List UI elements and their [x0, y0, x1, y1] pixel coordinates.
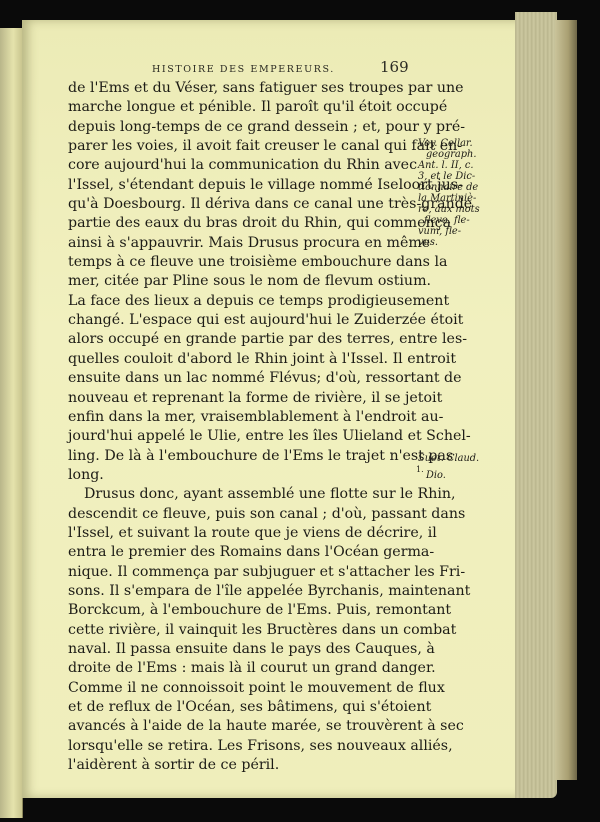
note-line: Ant. l. II, c.	[418, 160, 508, 171]
note-line: 3, et le Dic-	[418, 171, 508, 182]
text-line: cette rivière, il vainquit les Bructères…	[68, 621, 414, 640]
text-line: descendit ce fleuve, puis son canal ; d'…	[68, 505, 414, 524]
note-line: geograph.	[418, 149, 508, 160]
text-line: enfin dans la mer, vraisemblablement à l…	[68, 408, 414, 427]
text-line: long.	[68, 466, 414, 485]
text-line: lorsqu'elle se retira. Les Frisons, ses …	[68, 737, 414, 756]
text-line: entra le premier des Romains dans l'Océa…	[68, 543, 414, 562]
margin-note-cellarius: Voy. Cellar. geograph. Ant. l. II, c. 3,…	[418, 138, 508, 248]
text-line: marche longue et pénible. Il paroît qu'i…	[68, 98, 414, 117]
text-line: jourd'hui appelé le Ulie, entre les îles…	[68, 427, 414, 446]
text-line: naval. Il passa ensuite dans le pays des…	[68, 640, 414, 659]
text-line: partie des eaux du bras droit du Rhin, q…	[68, 214, 414, 233]
text-line: droite de l'Ems : mais là il courut un g…	[68, 659, 414, 678]
note-line: vus.	[418, 237, 508, 248]
margin-note-dio: Dio.	[426, 470, 516, 481]
book-cover-edge	[555, 20, 577, 780]
text-line: Borckcum, à l'embouchure de l'Ems. Puis,…	[68, 601, 414, 620]
margin-note-suetonius: Suet. Claud.	[418, 453, 508, 464]
note-line: vum, fle-	[418, 226, 508, 237]
note-line: re, aux mots	[418, 204, 508, 215]
note-line: Suet. Claud.	[418, 453, 479, 464]
text-line: ensuite dans un lac nommé Flévus; d'où, …	[68, 369, 414, 388]
text-line: temps à ce fleuve une troisième embouchu…	[68, 253, 414, 272]
note-line: la Martiniè-	[418, 193, 508, 204]
text-line: Comme il ne connoissoit point le mouveme…	[68, 679, 414, 698]
note-line: Voy. Cellar.	[418, 138, 508, 149]
text-line: sons. Il s'empara de l'île appelée Byrch…	[68, 582, 414, 601]
page-number: 169	[380, 58, 409, 76]
text-line: l'Issel, et suivant la route que je vien…	[68, 524, 414, 543]
text-line: et de reflux de l'Océan, ses bâtimens, q…	[68, 698, 414, 717]
note-line: flevo, fle-	[418, 215, 508, 226]
text-line: mer, citée par Pline sous le nom de flev…	[68, 272, 414, 291]
text-line: changé. L'espace qui est aujourd'hui le …	[68, 311, 414, 330]
note-line: tionnaire de	[418, 182, 508, 193]
text-line: de l'Ems et du Véser, sans fatiguer ses …	[68, 79, 414, 98]
text-line: l'aidèrent à sortir de ce péril.	[68, 756, 414, 775]
text-line: parer les voies, il avoit fait creuser l…	[68, 137, 414, 156]
text-line: l'Issel, s'étendant depuis le village no…	[68, 176, 414, 195]
text-line: La face des lieux a depuis ce temps prod…	[68, 292, 414, 311]
page-block-edges	[515, 12, 557, 798]
body-text: de l'Ems et du Véser, sans fatiguer ses …	[68, 79, 414, 775]
text-line: ling. De là à l'embouchure de l'Ems le t…	[68, 447, 414, 466]
text-line: qu'à Doesbourg. Il dériva dans ce canal …	[68, 195, 414, 214]
text-line: depuis long-temps de ce grand dessein ; …	[68, 118, 414, 137]
running-title: HISTOIRE DES EMPEREURS.	[152, 64, 335, 75]
text-line: ainsi à s'appauvrir. Mais Drusus procura…	[68, 234, 414, 253]
text-line: nique. Il commença par subjuguer et s'at…	[68, 563, 414, 582]
text-line: core aujourd'hui la communication du Rhi…	[68, 156, 414, 175]
text-line: alors occupé en grande partie par des te…	[68, 330, 414, 349]
text-line: quelles couloit d'abord le Rhin joint à …	[68, 350, 414, 369]
text-line: Drusus donc, ayant assemblé une flotte s…	[68, 485, 414, 504]
text-line: nouveau et reprenant la forme de rivière…	[68, 389, 414, 408]
text-line: avancés à l'aide de la haute marée, se t…	[68, 717, 414, 736]
left-page-edge	[0, 28, 23, 818]
